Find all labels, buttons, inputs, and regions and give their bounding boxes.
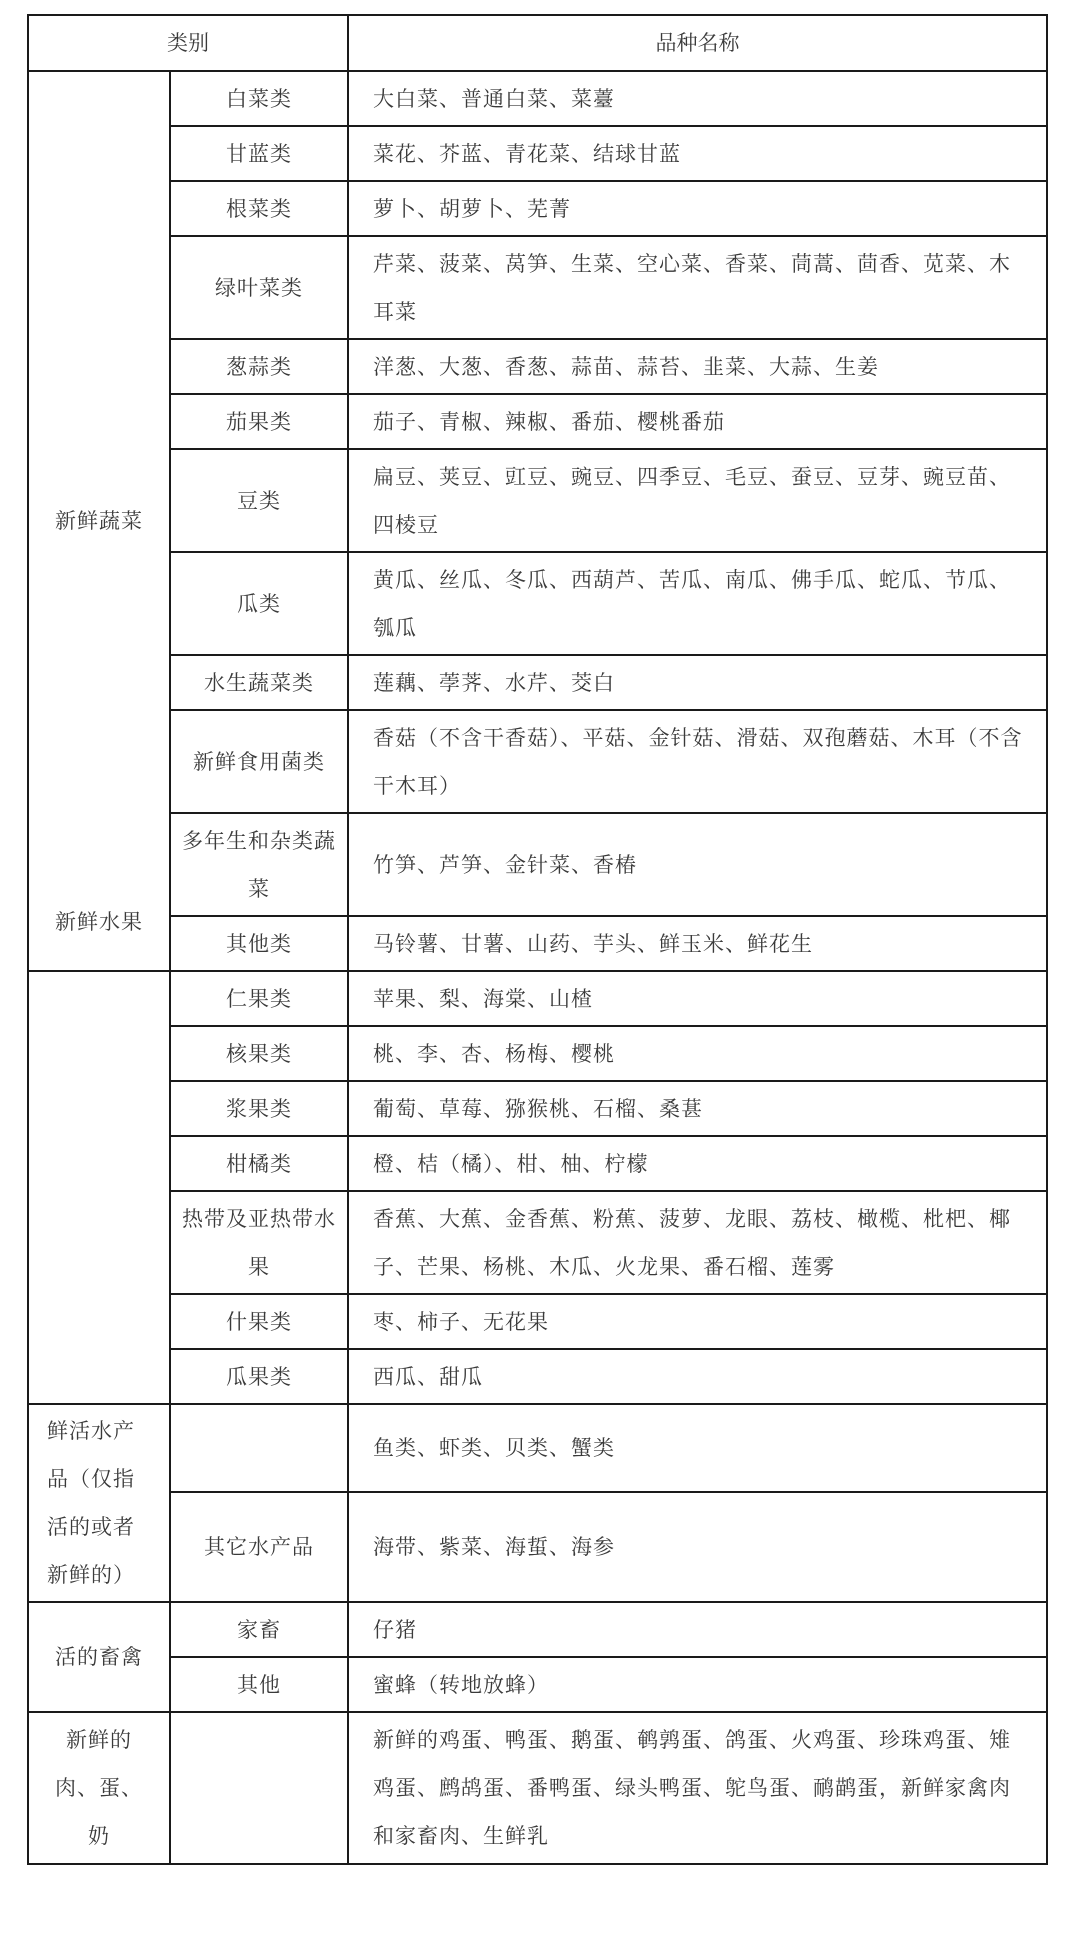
subcategory: 甘蓝类 — [170, 126, 348, 181]
subcategory: 什果类 — [170, 1294, 348, 1349]
table-row: 水生蔬菜类 莲藕、荸荠、水芹、茭白 — [28, 655, 1047, 710]
group-label: 鲜活水产品（仅指活的或者新鲜的） — [47, 1419, 135, 1587]
varieties: 竹笋、芦笋、金针菜、香椿 — [348, 813, 1047, 916]
subcategory: 白菜类 — [170, 71, 348, 126]
table-row: 核果类 桃、李、杏、杨梅、樱桃 — [28, 1026, 1047, 1081]
group-fresh-vegetables: 新鲜蔬菜 — [28, 71, 170, 971]
subcategory: 茄果类 — [170, 394, 348, 449]
table-row: 多年生和杂类蔬菜 竹笋、芦笋、金针菜、香椿 — [28, 813, 1047, 916]
table-row: 其它水产品 海带、紫菜、海蜇、海参 — [28, 1492, 1047, 1602]
varieties: 蜜蜂（转地放蜂） — [348, 1657, 1047, 1712]
table-row: 浆果类 葡萄、草莓、猕猴桃、石榴、桑葚 — [28, 1081, 1047, 1136]
varieties: 莲藕、荸荠、水芹、茭白 — [348, 655, 1047, 710]
table-row: 热带及亚热带水果 香蕉、大蕉、金香蕉、粉蕉、菠萝、龙眼、荔枝、橄榄、枇杷、椰子、… — [28, 1191, 1047, 1294]
varieties: 桃、李、杏、杨梅、樱桃 — [348, 1026, 1047, 1081]
table-row: 柑橘类 橙、桔（橘）、柑、柚、柠檬 — [28, 1136, 1047, 1191]
varieties: 仔猪 — [348, 1602, 1047, 1657]
varieties: 香菇（不含干香菇）、平菇、金针菇、滑菇、双孢蘑菇、木耳（不含干木耳） — [348, 710, 1047, 813]
subcategory: 根菜类 — [170, 181, 348, 236]
subcategory: 新鲜食用菌类 — [170, 710, 348, 813]
table-row: 新鲜蔬菜 白菜类 大白菜、普通白菜、菜薹 — [28, 71, 1047, 126]
varieties: 洋葱、大葱、香葱、蒜苗、蒜苔、韭菜、大蒜、生姜 — [348, 339, 1047, 394]
subcategory: 绿叶菜类 — [170, 236, 348, 339]
varieties: 新鲜的鸡蛋、鸭蛋、鹅蛋、鹌鹑蛋、鸽蛋、火鸡蛋、珍珠鸡蛋、雉鸡蛋、鹧鸪蛋、番鸭蛋、… — [348, 1712, 1047, 1864]
header-category: 类别 — [28, 15, 348, 71]
table-row: 活的畜禽 家畜 仔猪 — [28, 1602, 1047, 1657]
table-row: 瓜类 黄瓜、丝瓜、冬瓜、西葫芦、苦瓜、南瓜、佛手瓜、蛇瓜、节瓜、瓠瓜 — [28, 552, 1047, 655]
subcategory: 葱蒜类 — [170, 339, 348, 394]
header-varieties: 品种名称 — [348, 15, 1047, 71]
subcategory: 瓜类 — [170, 552, 348, 655]
varieties: 扁豆、荚豆、豇豆、豌豆、四季豆、毛豆、蚕豆、豆芽、豌豆苗、四棱豆 — [348, 449, 1047, 552]
subcategory: 瓜果类 — [170, 1349, 348, 1404]
subcategory: 其他类 — [170, 916, 348, 971]
subcategory — [170, 1712, 348, 1864]
table-row: 新鲜食用菌类 香菇（不含干香菇）、平菇、金针菇、滑菇、双孢蘑菇、木耳（不含干木耳… — [28, 710, 1047, 813]
table-row: 甘蓝类 菜花、芥蓝、青花菜、结球甘蓝 — [28, 126, 1047, 181]
varieties: 马铃薯、甘薯、山药、芋头、鲜玉米、鲜花生 — [348, 916, 1047, 971]
group-label: 新鲜水果 — [49, 898, 149, 946]
varieties: 茄子、青椒、辣椒、番茄、樱桃番茄 — [348, 394, 1047, 449]
subcategory: 柑橘类 — [170, 1136, 348, 1191]
varieties: 黄瓜、丝瓜、冬瓜、西葫芦、苦瓜、南瓜、佛手瓜、蛇瓜、节瓜、瓠瓜 — [348, 552, 1047, 655]
subcategory: 家畜 — [170, 1602, 348, 1657]
varieties: 鱼类、虾类、贝类、蟹类 — [348, 1404, 1047, 1492]
subcategory: 热带及亚热带水果 — [170, 1191, 348, 1294]
table-row: 绿叶菜类 芹菜、菠菜、莴笋、生菜、空心菜、香菜、茼蒿、茴香、苋菜、木耳菜 — [28, 236, 1047, 339]
subcategory: 其它水产品 — [170, 1492, 348, 1602]
group-fresh-fruit: 新鲜水果 — [28, 971, 170, 1404]
table-row: 根菜类 萝卜、胡萝卜、芜菁 — [28, 181, 1047, 236]
subcategory: 浆果类 — [170, 1081, 348, 1136]
subcategory: 仁果类 — [170, 971, 348, 1026]
table-row: 鲜活水产品（仅指活的或者新鲜的） 鱼类、虾类、贝类、蟹类 — [28, 1404, 1047, 1492]
varieties: 菜花、芥蓝、青花菜、结球甘蓝 — [348, 126, 1047, 181]
varieties: 大白菜、普通白菜、菜薹 — [348, 71, 1047, 126]
subcategory: 核果类 — [170, 1026, 348, 1081]
varieties: 苹果、梨、海棠、山楂 — [348, 971, 1047, 1026]
table-row: 葱蒜类 洋葱、大葱、香葱、蒜苗、蒜苔、韭菜、大蒜、生姜 — [28, 339, 1047, 394]
table-row: 豆类 扁豆、荚豆、豇豆、豌豆、四季豆、毛豆、蚕豆、豆芽、豌豆苗、四棱豆 — [28, 449, 1047, 552]
varieties: 海带、紫菜、海蜇、海参 — [348, 1492, 1047, 1602]
subcategory: 水生蔬菜类 — [170, 655, 348, 710]
group-live-livestock: 活的畜禽 — [28, 1602, 170, 1712]
table-row: 新鲜的肉、蛋、奶 新鲜的鸡蛋、鸭蛋、鹅蛋、鹌鹑蛋、鸽蛋、火鸡蛋、珍珠鸡蛋、雉鸡蛋… — [28, 1712, 1047, 1864]
varieties: 葡萄、草莓、猕猴桃、石榴、桑葚 — [348, 1081, 1047, 1136]
table-row: 瓜果类 西瓜、甜瓜 — [28, 1349, 1047, 1404]
table-row: 新鲜水果 仁果类 苹果、梨、海棠、山楂 — [28, 971, 1047, 1026]
product-category-table: 类别 品种名称 新鲜蔬菜 白菜类 大白菜、普通白菜、菜薹 甘蓝类 菜花、芥蓝、青… — [27, 14, 1046, 1865]
subcategory: 豆类 — [170, 449, 348, 552]
varieties: 橙、桔（橘）、柑、柚、柠檬 — [348, 1136, 1047, 1191]
table-row: 其他类 马铃薯、甘薯、山药、芋头、鲜玉米、鲜花生 — [28, 916, 1047, 971]
varieties: 西瓜、甜瓜 — [348, 1349, 1047, 1404]
group-live-aquatic: 鲜活水产品（仅指活的或者新鲜的） — [28, 1404, 170, 1602]
table-row: 茄果类 茄子、青椒、辣椒、番茄、樱桃番茄 — [28, 394, 1047, 449]
varieties: 萝卜、胡萝卜、芜菁 — [348, 181, 1047, 236]
varieties: 芹菜、菠菜、莴笋、生菜、空心菜、香菜、茼蒿、茴香、苋菜、木耳菜 — [348, 236, 1047, 339]
table-header-row: 类别 品种名称 — [28, 15, 1047, 71]
subcategory: 多年生和杂类蔬菜 — [170, 813, 348, 916]
varieties: 枣、柿子、无花果 — [348, 1294, 1047, 1349]
subcategory — [170, 1404, 348, 1492]
subcategory: 其他 — [170, 1657, 348, 1712]
varieties: 香蕉、大蕉、金香蕉、粉蕉、菠萝、龙眼、荔枝、橄榄、枇杷、椰子、芒果、杨桃、木瓜、… — [348, 1191, 1047, 1294]
table-row: 什果类 枣、柿子、无花果 — [28, 1294, 1047, 1349]
group-fresh-meat-egg-milk: 新鲜的肉、蛋、奶 — [28, 1712, 170, 1864]
table-row: 其他 蜜蜂（转地放蜂） — [28, 1657, 1047, 1712]
